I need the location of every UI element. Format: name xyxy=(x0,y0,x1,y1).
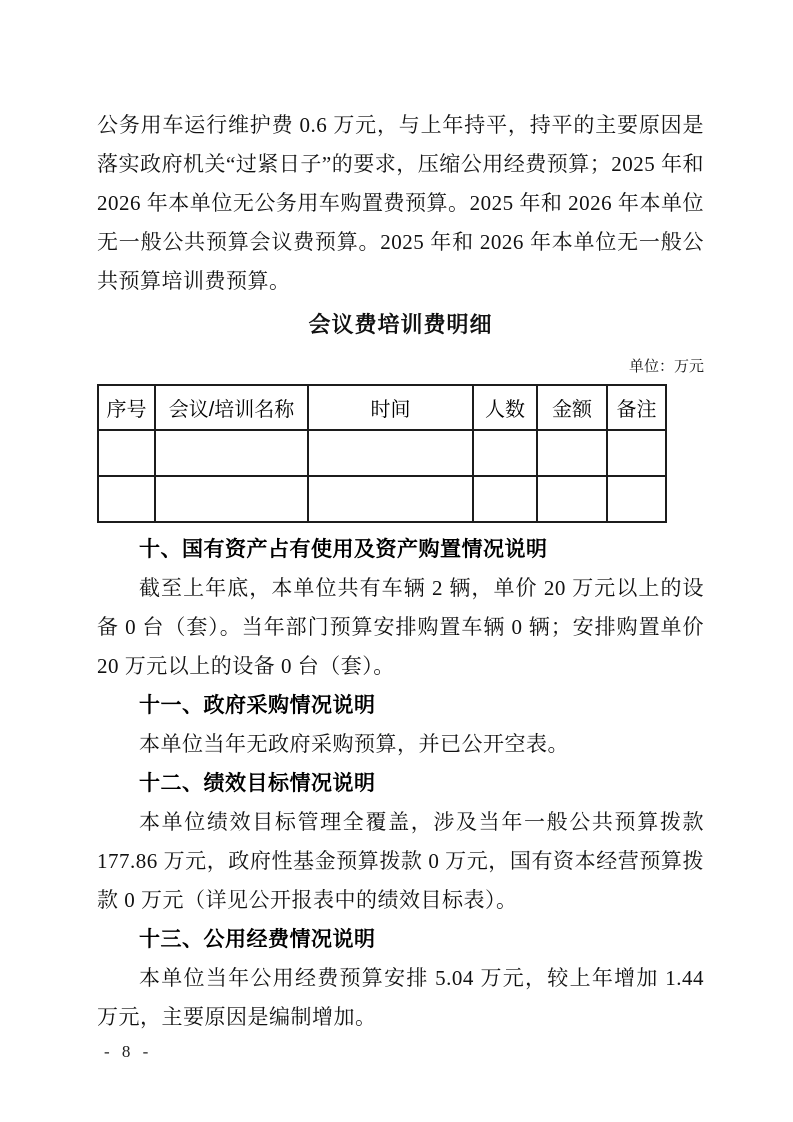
table-cell xyxy=(473,476,537,522)
section-body-public-funds: 本单位当年公用经费预算安排 5.04 万元，较上年增加 1.44 万元，主要原因… xyxy=(97,959,704,1037)
section-government-procurement: 十一、政府采购情况说明 本单位当年无政府采购预算，并已公开空表。 xyxy=(97,686,704,764)
table-cell xyxy=(155,430,308,476)
table-cell xyxy=(537,430,607,476)
table-cell xyxy=(308,476,473,522)
intro-paragraph: 公务用车运行维护费 0.6 万元，与上年持平，持平的主要原因是落实政府机关“过紧… xyxy=(97,106,704,301)
section-heading-performance-targets: 十二、绩效目标情况说明 xyxy=(97,764,704,803)
table-row xyxy=(98,476,666,522)
section-body-government-procurement: 本单位当年无政府采购预算，并已公开空表。 xyxy=(97,725,704,764)
column-header-serial: 序号 xyxy=(98,385,155,430)
sections-container: 十、国有资产占有使用及资产购置情况说明 截至上年底，本单位共有车辆 2 辆，单价… xyxy=(97,530,704,1037)
unit-label: 单位：万元 xyxy=(97,356,704,378)
table-header-row: 序号 会议/培训名称 时间 人数 金额 备注 xyxy=(98,385,666,430)
table-cell xyxy=(98,430,155,476)
table-cell xyxy=(607,476,666,522)
section-state-assets: 十、国有资产占有使用及资产购置情况说明 截至上年底，本单位共有车辆 2 辆，单价… xyxy=(97,530,704,686)
section-public-funds: 十三、公用经费情况说明 本单位当年公用经费预算安排 5.04 万元，较上年增加 … xyxy=(97,920,704,1037)
column-header-remarks: 备注 xyxy=(607,385,666,430)
table-cell xyxy=(607,430,666,476)
table-row xyxy=(98,430,666,476)
section-performance-targets: 十二、绩效目标情况说明 本单位绩效目标管理全覆盖，涉及当年一般公共预算拨款 17… xyxy=(97,764,704,920)
page-number: - 8 - xyxy=(104,1042,152,1062)
table-cell xyxy=(155,476,308,522)
meeting-table-title: 会议费培训费明细 xyxy=(97,308,704,342)
column-header-people-count: 人数 xyxy=(473,385,537,430)
table-cell xyxy=(473,430,537,476)
document-page: 公务用车运行维护费 0.6 万元，与上年持平，持平的主要原因是落实政府机关“过紧… xyxy=(0,0,793,1122)
table-cell xyxy=(537,476,607,522)
table-cell xyxy=(308,430,473,476)
column-header-time: 时间 xyxy=(308,385,473,430)
column-header-amount: 金额 xyxy=(537,385,607,430)
section-heading-state-assets: 十、国有资产占有使用及资产购置情况说明 xyxy=(97,530,704,569)
meeting-fee-table-container: 序号 会议/培训名称 时间 人数 金额 备注 xyxy=(97,384,704,523)
section-heading-government-procurement: 十一、政府采购情况说明 xyxy=(97,686,704,725)
meeting-fee-table: 序号 会议/培训名称 时间 人数 金额 备注 xyxy=(97,384,667,523)
table-cell xyxy=(98,476,155,522)
section-body-performance-targets: 本单位绩效目标管理全覆盖，涉及当年一般公共预算拨款 177.86 万元，政府性基… xyxy=(97,803,704,920)
section-body-state-assets: 截至上年底，本单位共有车辆 2 辆，单价 20 万元以上的设备 0 台（套）。当… xyxy=(97,569,704,686)
column-header-meeting-name: 会议/培训名称 xyxy=(155,385,308,430)
section-heading-public-funds: 十三、公用经费情况说明 xyxy=(97,920,704,959)
